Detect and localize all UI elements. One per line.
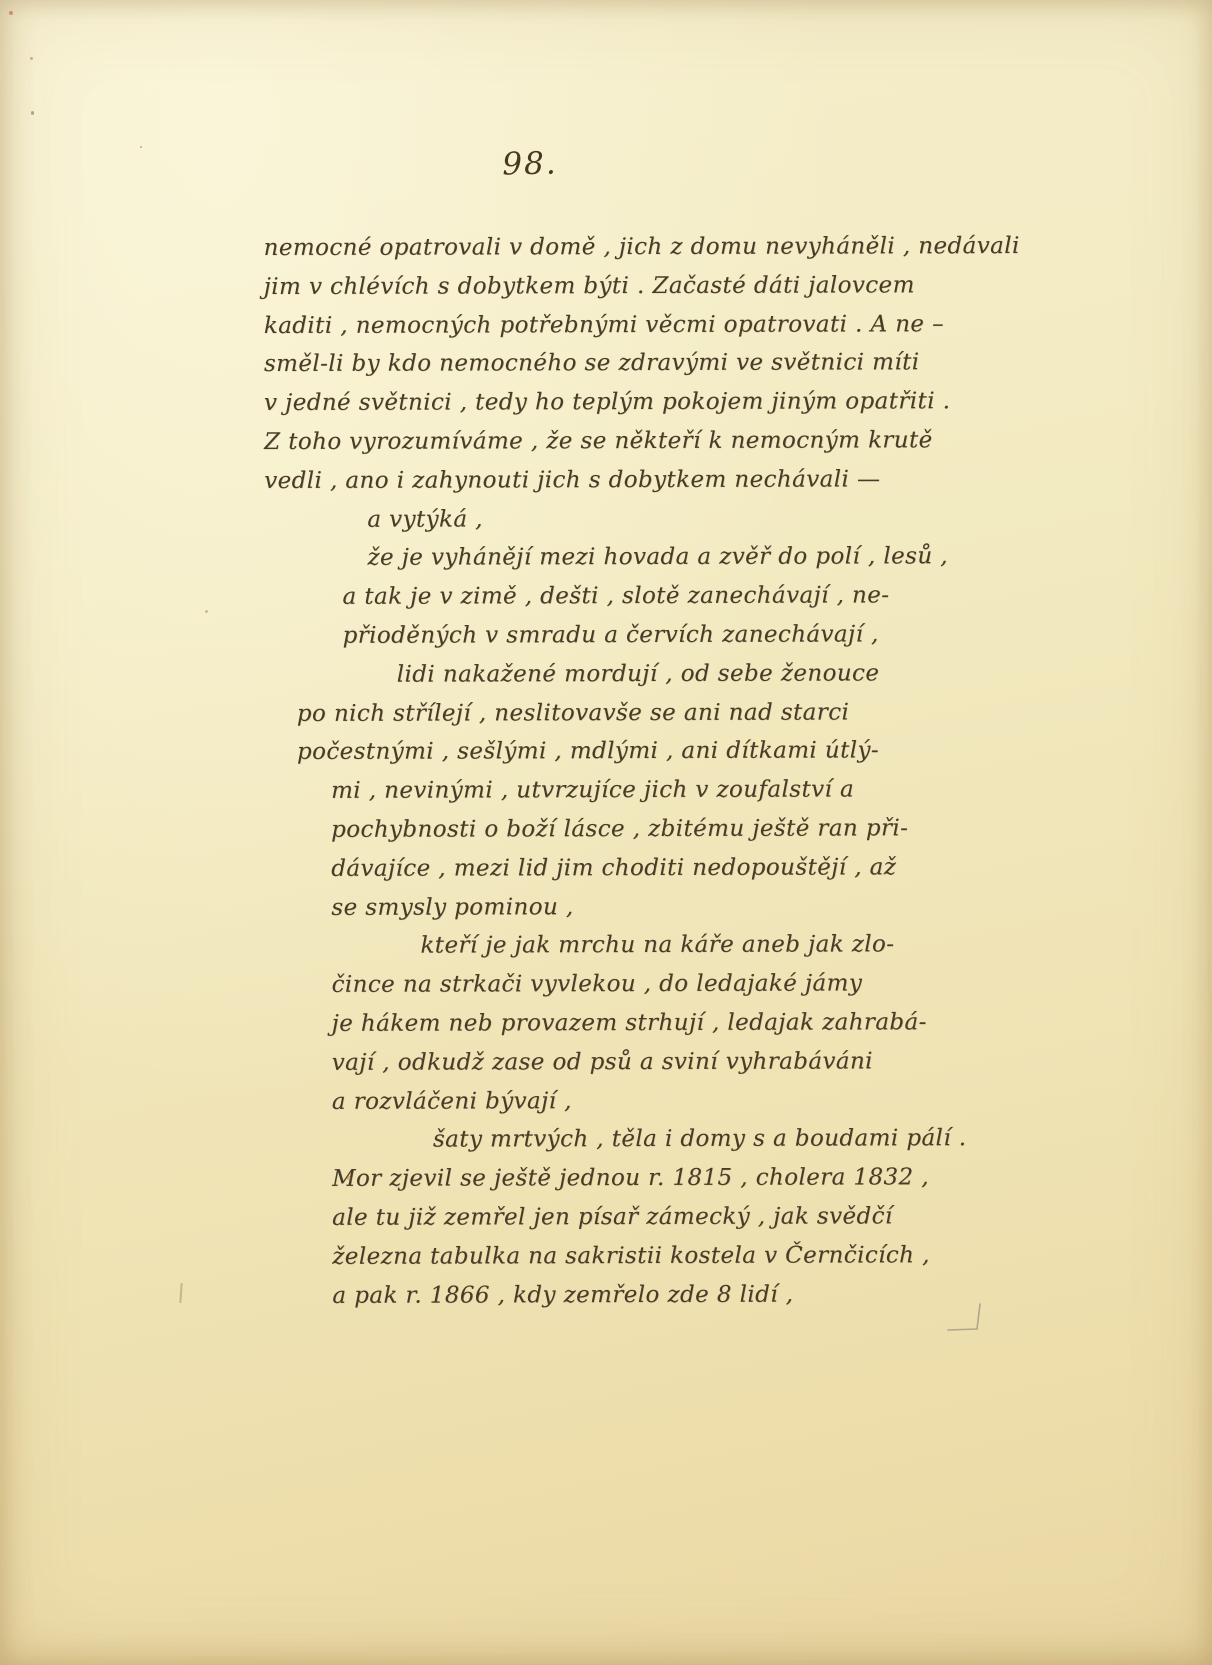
manuscript-line: kteří je jak mrchu na káře aneb jak zlo-	[420, 925, 1025, 965]
manuscript-line: a tak je v zimě , dešti , slotě zanecháv…	[342, 576, 1024, 617]
manuscript-line: a vytýká ,	[367, 499, 1024, 540]
manuscript-page: 98. nemocné opatrovali v domě , jich z d…	[0, 0, 1212, 1665]
pencil-tick-icon	[179, 1283, 182, 1303]
paper-speck	[140, 146, 142, 148]
manuscript-line: lidi nakažené mordují , od sebe ženouce	[397, 654, 1025, 694]
manuscript-line: čince na strkači vyvlekou , do ledajaké …	[332, 964, 1026, 1005]
manuscript-line: nemocné opatrovali v domě , jich z domu …	[264, 227, 1024, 268]
manuscript-line: železna tabulka na sakristii kostela v Č…	[332, 1236, 1026, 1277]
paper-speck	[9, 11, 13, 15]
paper-speck	[30, 57, 33, 60]
paper-speck	[31, 111, 34, 115]
manuscript-line: že je vyhánějí mezi hovada a zvěř do pol…	[367, 537, 1024, 578]
manuscript-line: počestnými , sešlými , mdlými , ani dítk…	[297, 731, 1025, 772]
manuscript-line: je hákem neb provazem strhují , ledajak …	[332, 1003, 1026, 1044]
manuscript-line: Z toho vyrozumíváme , že se někteří k ne…	[264, 421, 1024, 462]
manuscript-line: se smysly pominou ,	[331, 887, 1025, 928]
manuscript-line: jim v chlévích s dobytkem býti . Začasté…	[264, 266, 1024, 307]
manuscript-line: pochybnosti o boží lásce , zbitému ještě…	[331, 809, 1025, 850]
paper-speck	[205, 610, 208, 613]
manuscript-line: v jedné světnici , tedy ho teplým pokoje…	[264, 382, 1024, 423]
pencil-checkmark-icon	[945, 1300, 990, 1338]
page-number: 98.	[0, 137, 1060, 191]
manuscript-line: šaty mrtvých , těla i domy s a boudami p…	[433, 1119, 1026, 1159]
manuscript-line: přioděných v smradu a červích zanechávaj…	[343, 615, 1025, 656]
manuscript-line: mi , nevinými , utvrzujíce jich v zoufal…	[331, 770, 1025, 811]
manuscript-line: dávajíce , mezi lid jim choditi nedopouš…	[331, 848, 1025, 889]
manuscript-line: Mor zjevil se ještě jednou r. 1815 , cho…	[332, 1158, 1026, 1199]
manuscript-line: vedli , ano i zahynouti jich s dobytkem …	[264, 460, 1024, 501]
manuscript-line: a rozvláčeni bývají ,	[332, 1081, 1026, 1122]
manuscript-line: směl-li by kdo nemocného se zdravými ve …	[264, 343, 1024, 384]
manuscript-line: a pak r. 1866 , kdy zemřelo zde 8 lidí ,	[332, 1275, 1026, 1316]
manuscript-line: po nich střílejí , neslitovavše se ani n…	[297, 693, 1025, 734]
manuscript-line: kaditi , nemocných potřebnými věcmi opat…	[264, 305, 1024, 346]
manuscript-line: ale tu již zemřel jen písař zámecký , ja…	[332, 1197, 1026, 1238]
manuscript-line: vají , odkudž zase od psů a sviní vyhrab…	[332, 1042, 1026, 1083]
paper-speck	[347, 1176, 351, 1180]
manuscript-text: nemocné opatrovali v domě , jich z domu …	[264, 227, 1027, 1315]
